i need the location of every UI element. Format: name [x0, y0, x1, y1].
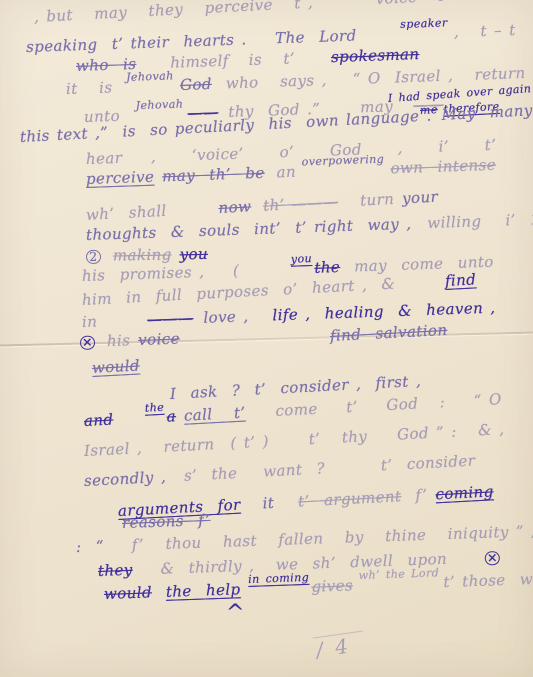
manuscript-line: 2makingyou — [86, 245, 208, 265]
manuscript-line: ^ — [226, 601, 245, 626]
deleted-text: may th’ be — [162, 164, 265, 186]
manuscript-text: it — [262, 494, 275, 513]
manuscript-text: t’ thy — [308, 427, 367, 448]
inserted-text: the — [144, 401, 164, 415]
deleted-text: gives — [311, 576, 353, 595]
manuscript-text: love , — [203, 307, 249, 327]
manuscript-text: the help — [166, 580, 241, 601]
manuscript-text: in — [82, 312, 98, 331]
deleted-text: own intense — [390, 156, 496, 178]
manuscript-line: reasons f’ — [122, 511, 211, 532]
manuscript-text: wh’ shall — [86, 202, 168, 224]
manuscript-text: perceive — [86, 168, 155, 188]
manuscript-text: willing — [427, 212, 482, 232]
inserted-text: you — [291, 252, 313, 266]
manuscript-text: want ? — [263, 459, 326, 480]
deleted-text: ——— — [147, 309, 194, 329]
manuscript-text: s’ the — [183, 464, 237, 485]
manuscript-text: your — [402, 188, 439, 208]
manuscript-text: who says , — [226, 71, 328, 93]
manuscript-text: , but may they perceive t , — [34, 0, 314, 26]
inserted-text: Jehovah — [126, 69, 174, 84]
inserted-text: wh’ the Lord — [358, 566, 439, 582]
deleted-text: th’ ——— — [263, 193, 339, 215]
manuscript-text: find — [444, 270, 476, 290]
deleted-text: spokesman — [331, 45, 420, 66]
deleted-text: making — [113, 246, 172, 265]
manuscript-line: ✕hisvoice — [80, 330, 180, 351]
manuscript-text: t’ those who are — [443, 568, 533, 591]
manuscript-text: turn — [360, 190, 395, 210]
manuscript-text: God ” : & , — [397, 420, 505, 444]
manuscript-text: secondly , — [84, 468, 167, 490]
manuscript-text: ^ — [226, 601, 245, 626]
deleted-text: a — [166, 407, 176, 425]
deleted-text: and — [84, 410, 114, 430]
deleted-text: coming — [435, 482, 494, 503]
deleted-text: the — [314, 258, 340, 277]
manuscript-text: his promises , ( — [82, 262, 240, 285]
manuscript-text: himself — [170, 52, 229, 72]
manuscript-text: an — [276, 163, 296, 182]
manuscript-line: find salvation — [330, 321, 448, 345]
manuscript-text: is t’ — [248, 49, 295, 69]
manuscript-line: would — [92, 357, 141, 377]
manuscript-line: secondly ,s’ thewant ?t’ consider — [84, 452, 476, 490]
deleted-text: now — [218, 197, 252, 217]
manuscript-text: ‘voice’ o’ God — [370, 0, 498, 8]
manuscript-text: t’ consider — [380, 452, 475, 475]
page-number: / 4 — [313, 631, 367, 663]
manuscript-text: , t – t : — [454, 20, 533, 41]
inserted-text: speaker — [400, 16, 448, 31]
inserted-text: overpowering — [301, 153, 384, 169]
manuscript-text: i’ 1 say o’ — [505, 208, 533, 230]
deleted-text: God — [180, 75, 212, 94]
manuscript-page: , but may they perceive t ,inward‘voice’… — [0, 0, 533, 677]
inserted-text: in coming — [248, 571, 309, 586]
manuscript-text: his — [107, 331, 131, 350]
manuscript-text: f’ — [415, 486, 428, 505]
circled-mark-icon: ✕ — [485, 551, 500, 566]
deleted-text: they — [98, 561, 133, 580]
manuscript-text: life , healing & heaven , — [272, 299, 496, 325]
manuscript-text: call t’ — [184, 404, 246, 425]
deleted-text: t’ argument — [298, 487, 402, 510]
inserted-text: Jehovah — [135, 98, 183, 113]
circled-mark-icon: ✕ — [80, 335, 95, 350]
manuscript-text: ( t’ ) — [230, 432, 269, 452]
deleted-text: find salvation — [330, 321, 448, 345]
deleted-text: voice — [138, 330, 180, 349]
manuscript-text: it is — [66, 78, 113, 98]
deleted-text: you — [179, 245, 208, 263]
circled-mark-icon: 2 — [86, 249, 101, 264]
deleted-text: reasons f’ — [122, 511, 211, 532]
manuscript-text: Israel , return — [84, 435, 215, 460]
deleted-text: would — [92, 357, 141, 377]
deleted-text: would — [104, 583, 153, 603]
manuscript-text: : “ — [76, 537, 104, 556]
